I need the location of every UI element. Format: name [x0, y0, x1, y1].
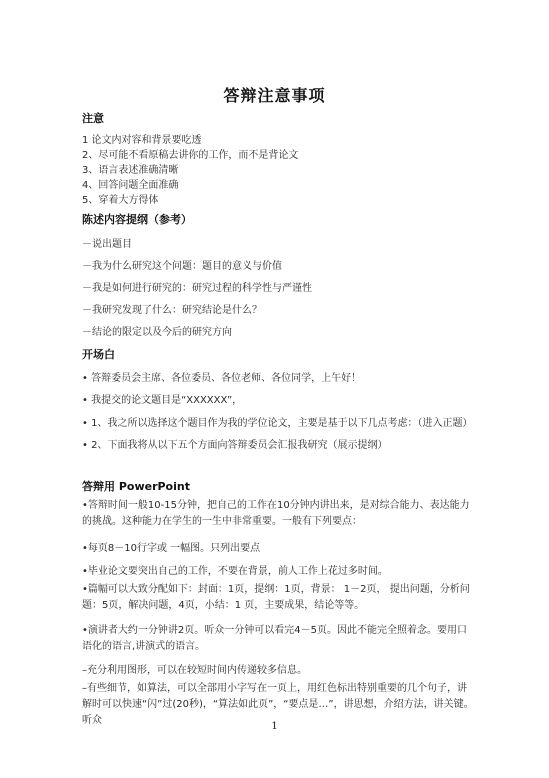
paragraph: •篇幅可以大致分配如下：封面：1页，提纲：1页，背景： 1－2页， 提出问题，分… [82, 582, 474, 614]
paragraph: •每页8－10行字或 一幅图。只列出要点 [82, 539, 260, 554]
page-title: 答辩注意事项 [0, 83, 549, 106]
section-heading-opening: 开场白 [82, 346, 115, 362]
section-heading-notes: 注意 [82, 110, 104, 126]
list-item: • 答辩委员会主席、各位委员、各位老师、各位同学，上午好！ [82, 369, 361, 384]
paragraph: •毕业论文要突出自己的工作，不要在背景，前人工作上花过多时间。 [82, 562, 388, 577]
list-item: 2、尽可能不看原稿去讲你的工作，而不是背论文 [82, 146, 298, 161]
page-number: 1 [0, 721, 549, 732]
list-item: －说出题目 [82, 235, 132, 250]
list-item: • 1、我之所以选择这个题目作为我的学位论文，主要是基于以下几点考虑：（进入正题… [82, 414, 472, 429]
paragraph: •答辩时间一般10-15分钟，把自己的工作在10分钟内讲出来，是对综合能力、表达… [82, 498, 474, 530]
list-item: 4、回答问题全面准确 [82, 176, 178, 191]
list-item: －我为什么研究这个问题：题目的意义与价值 [82, 257, 282, 272]
list-item: －结论的限定以及今后的研究方向 [82, 323, 232, 338]
section-heading-powerpoint: 答辩用 PowerPoint [82, 478, 190, 494]
paragraph: –充分利用图形，可以在较短时间内传递较多信息。 [82, 661, 307, 676]
list-item: 1 论文内对容和背景要吃透 [82, 131, 202, 146]
list-item: • 2、下面我将从以下五个方面向答辩委员会汇报我研究（展示提纲） [82, 436, 387, 451]
list-item: －我研究发现了什么：研究结论是什么？ [82, 301, 262, 316]
list-item: －我是如何进行研究的：研究过程的科学性与严谨性 [82, 279, 312, 294]
paragraph: •演讲者大约一分钟讲2页。听众一分钟可以看完4－5页。因此不能完全照着念。要用口… [82, 623, 474, 655]
document-page: 答辩注意事项 注意 1 论文内对容和背景要吃透 2、尽可能不看原稿去讲你的工作，… [0, 0, 549, 778]
list-item: • 我提交的论文题目是“XXXXXX”， [82, 391, 242, 406]
list-item: 5、穿着大方得体 [82, 191, 158, 206]
list-item: 3、语言表述准确清晰 [82, 161, 178, 176]
section-heading-outline: 陈述内容提纲（参考） [82, 211, 192, 227]
